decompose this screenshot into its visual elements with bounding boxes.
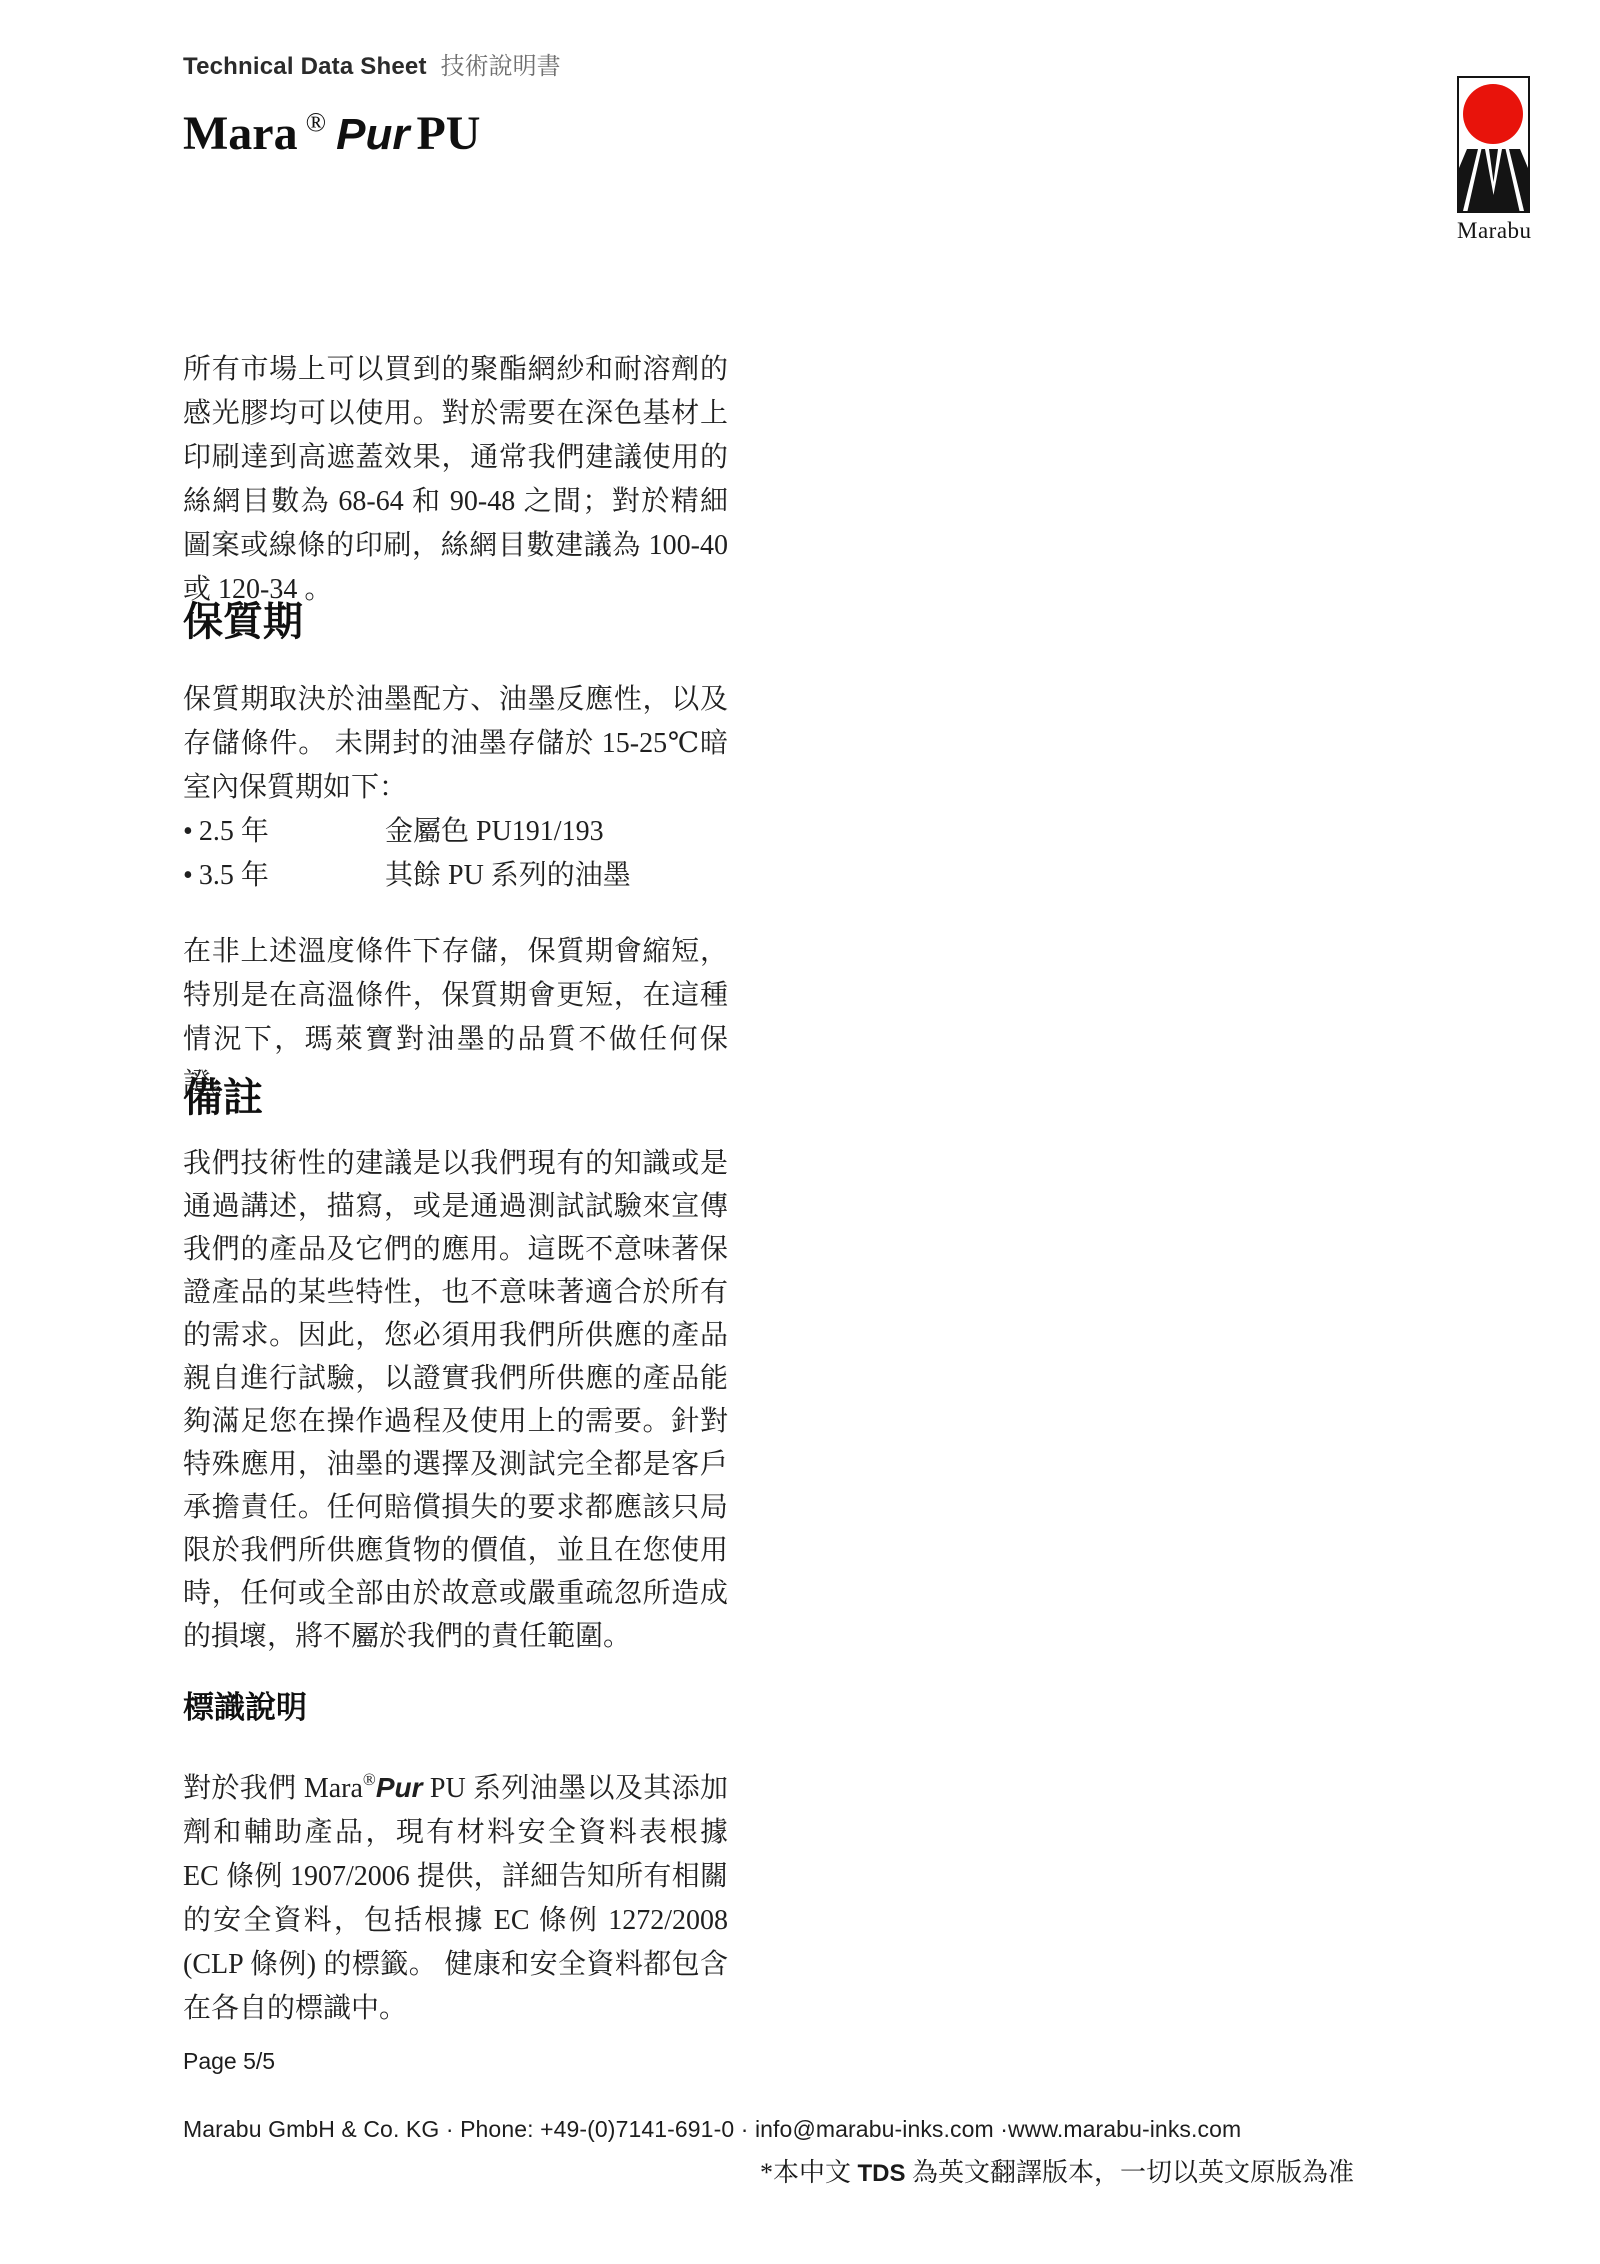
doc-type-english: Technical Data Sheet [183,53,427,80]
list-item: •2.5 年 金屬色 PU191/193 [183,810,728,854]
labeling-paragraph: 對於我們 Mara®Pur PU 系列油墨以及其添加劑和輔助產品，現有材料安全資… [183,1758,728,2031]
product-brand: Mara [183,107,298,160]
product-title: Mara®PurPU [183,106,480,161]
list-item-desc: 其餘 PU 系列的油墨 [385,854,631,898]
labeling-heading: 標識說明 [183,1688,728,1728]
labeling-body-block: 對於我們 Mara®Pur PU 系列油墨以及其添加劑和輔助產品，現有材料安全資… [183,1758,728,2031]
remarks-heading-block: 備註 [183,1074,728,1122]
marabu-m-icon [1459,149,1528,211]
product-series: Pur [336,110,409,159]
intro-section: 所有市場上可以買到的聚酯網紗和耐溶劑的感光膠均可以使用。對於需要在深色基材上印刷… [183,348,728,612]
labeling-text-prefix: 對於我們 Mara [183,1773,363,1804]
company-contact-line: Marabu GmbH & Co. KG · Phone: +49-(0)714… [183,2116,1241,2143]
list-item-term: •3.5 年 [183,854,385,898]
registered-trademark-symbol: ® [363,1770,376,1789]
tds-page: Technical Data Sheet技術說明書 Mara®PurPU Mar… [0,0,1600,2264]
labeling-text-suffix: PU 系列油墨以及其添加劑和輔助產品，現有材料安全資料表根據 EC 條例 190… [183,1773,728,2024]
list-item-term: •2.5 年 [183,810,385,854]
shelf-life-body-block: 保質期取決於油墨配方、油墨反應性，以及存儲條件。 未開封的油墨存儲於 15-25… [183,678,728,898]
shelf-life-paragraph: 保質期取決於油墨配方、油墨反應性，以及存儲條件。 未開封的油墨存儲於 15-25… [183,678,728,810]
list-item: •3.5 年 其餘 PU 系列的油墨 [183,854,728,898]
doc-type-chinese: 技術說明書 [441,53,561,80]
disclaimer-tds: TDS [857,2160,905,2187]
remarks-paragraph: 我們技術性的建議是以我們現有的知識或是通過講述，描寫，或是通過測試試驗來宣傳我們… [183,1142,728,1658]
product-series-inline: Pur [376,1772,423,1803]
marabu-logo-top [1459,78,1528,149]
marabu-logo-wordmark: Marabu [1457,218,1530,244]
shelf-life-heading: 保質期 [183,598,728,646]
bullet-icon: • [183,816,193,847]
disclaimer-prefix: *本中文 [760,2158,858,2187]
page-number: Page 5/5 [183,2048,275,2075]
remarks-body-block: 我們技術性的建議是以我們現有的知識或是通過講述，描寫，或是通過測試試驗來宣傳我們… [183,1142,728,1658]
labeling-heading-block: 標識說明 [183,1688,728,1728]
red-dot-icon [1463,84,1523,144]
remarks-heading: 備註 [183,1074,728,1122]
list-item-duration: 3.5 年 [199,860,269,891]
disclaimer-suffix: 為英文翻譯版本，一切以英文原版為准 [905,2158,1354,2187]
shelf-life-heading-block: 保質期 [183,598,728,646]
list-item-duration: 2.5 年 [199,816,269,847]
marabu-logo: Marabu [1457,76,1530,244]
marabu-logo-box [1457,76,1530,213]
list-item-desc: 金屬色 PU191/193 [385,810,604,854]
intro-paragraph: 所有市場上可以買到的聚酯網紗和耐溶劑的感光膠均可以使用。對於需要在深色基材上印刷… [183,348,728,612]
product-suffix: PU [416,107,480,160]
bullet-icon: • [183,860,193,891]
translation-disclaimer: *本中文 TDS 為英文翻譯版本，一切以英文原版為准 [760,2152,1354,2189]
shelf-life-list: •2.5 年 金屬色 PU191/193 •3.5 年 其餘 PU 系列的油墨 [183,810,728,898]
document-type-header: Technical Data Sheet技術說明書 [183,52,561,82]
registered-trademark-symbol: ® [306,107,327,137]
